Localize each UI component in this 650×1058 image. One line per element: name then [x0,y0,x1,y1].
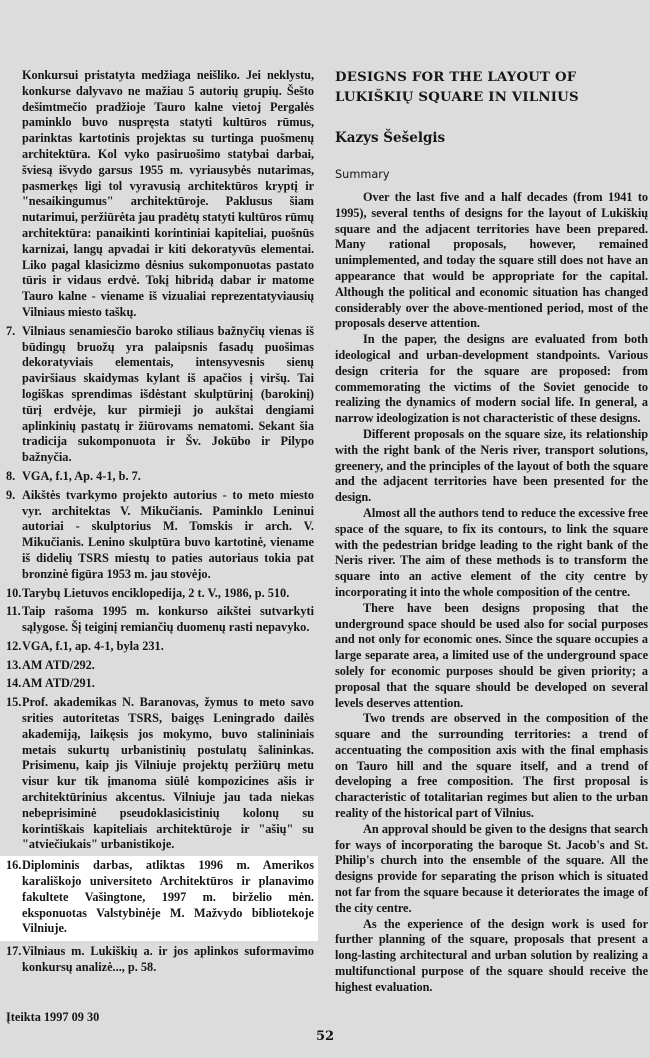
summary-paragraph: There have been designs proposing that t… [335,601,648,712]
reference-item: 10. Tarybų Lietuvos enciklopedija, 2 t. … [0,586,318,602]
page-number: 52 [316,1029,334,1044]
reference-item-highlighted: 16. Diplominis darbas, atliktas 1996 m. … [0,856,318,941]
reference-item: 14. AM ATD/291. [0,676,318,692]
reference-number: 15. [6,695,22,853]
reference-number: 14. [6,676,22,692]
reference-item: 15. Prof. akademikas N. Baranovas, žymus… [0,695,318,853]
reference-item: 8. VGA, f.1, Ap. 4-1, b. 7. [0,469,318,485]
reference-number: 11. [6,604,22,636]
reference-number: 10. [6,586,22,602]
summary-paragraph: Almost all the authors tend to reduce th… [335,506,648,601]
reference-number: 13. [6,658,22,674]
intro-paragraph: Konkursui pristatyta medžiaga neišliko. … [0,68,318,321]
reference-number: 12. [6,639,22,655]
summary-paragraph: An approval should be given to the desig… [335,822,648,917]
article-author: Kazys Šešelgis [335,130,648,146]
reference-item: 7. Vilniaus senamiesčio baroko stiliaus … [0,324,318,466]
left-column: Konkursui pristatyta medžiaga neišliko. … [0,68,318,1025]
reference-text: Taip rašoma 1995 m. konkurso aikštei sut… [22,604,314,636]
reference-text: Prof. akademikas N. Baranovas, žymus to … [22,695,314,853]
reference-text: VGA, f.1, Ap. 4-1, b. 7. [22,469,314,485]
summary-paragraph: Over the last five and a half decades (f… [335,190,648,332]
reference-text: Vilniaus m. Lukiškių a. ir jos aplinkos … [22,944,314,976]
reference-item: 11. Taip rašoma 1995 m. konkurso aikštei… [0,604,318,636]
reference-number: 9. [6,488,22,583]
reference-text: Vilniaus senamiesčio baroko stiliaus baž… [22,324,314,466]
reference-text: Diplominis darbas, atliktas 1996 m. Amer… [22,858,314,937]
summary-paragraph: Different proposals on the square size, … [335,427,648,506]
reference-item: 13. AM ATD/292. [0,658,318,674]
summary-heading: Summary [335,168,648,181]
reference-text: Aikštės tvarkymo projekto autorius - to … [22,488,314,583]
summary-paragraph: In the paper, the designs are evaluated … [335,332,648,427]
reference-text: AM ATD/291. [22,676,314,692]
reference-text: VGA, f.1, ap. 4-1, byla 231. [22,639,314,655]
right-column: DESIGNS FOR THE LAYOUT OF LUKIŠKIŲ SQUAR… [335,68,648,996]
reference-number: 16. [6,858,22,937]
summary-paragraph: Two trends are observed in the compositi… [335,711,648,822]
reference-item: 12. VGA, f.1, ap. 4-1, byla 231. [0,639,318,655]
reference-item: 9. Aikštės tvarkymo projekto autorius - … [0,488,318,583]
article-title: DESIGNS FOR THE LAYOUT OF LUKIŠKIŲ SQUAR… [335,68,648,108]
submitted-date: Įteikta 1997 09 30 [0,1010,318,1025]
reference-number: 8. [6,469,22,485]
summary-paragraph: As the experience of the design work is … [335,917,648,996]
reference-item: 17. Vilniaus m. Lukiškių a. ir jos aplin… [0,944,318,976]
reference-text: Tarybų Lietuvos enciklopedija, 2 t. V., … [22,586,314,602]
reference-number: 7. [6,324,22,466]
reference-number: 17. [6,944,22,976]
reference-text: AM ATD/292. [22,658,314,674]
